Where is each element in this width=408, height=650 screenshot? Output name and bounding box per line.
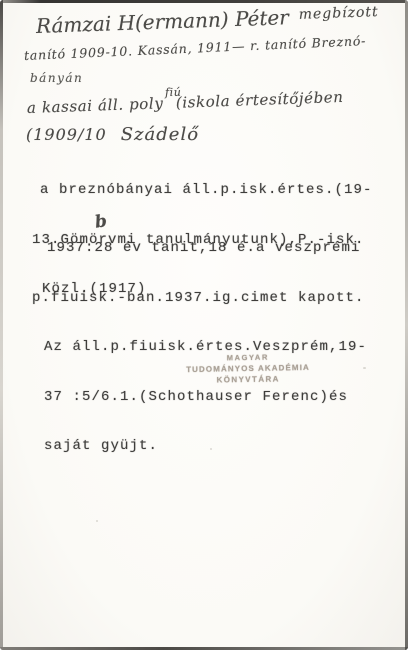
paper-speck [96, 520, 98, 522]
paper-speck [210, 448, 212, 450]
name-annotation: megbízott [298, 4, 379, 23]
scanned-card: Rámzai H(ermann) Pétermegbízott tanító 1… [0, 0, 408, 650]
handwritten-source-line: a kassai áll. polyfiú(iskola értesítőjéb… [27, 88, 344, 117]
library-stamp: MAGYAR TUDOMÁNYOS AKADÉMIA KÖNYVTÁRA [158, 350, 339, 386]
inserted-word: fiú [165, 86, 182, 100]
handwritten-career-line-cont: bányán [30, 71, 83, 85]
handwritten-career-line: tanító 1909-10. Kassán, 1911— r. tanító … [24, 33, 367, 63]
handwritten-work-line: (1909/10Szádelő [26, 124, 199, 145]
handwritten-correction-mark: b [94, 211, 109, 232]
scan-edge-left [0, 0, 3, 650]
work-title: Szádelő [121, 124, 199, 145]
typewritten-line: saját gyüjt. [32, 438, 367, 455]
typewritten-line: 37 :5/6.1.(Schothauser Ferenc)és [32, 389, 367, 406]
typewritten-line: a breznóbányai áll.p.isk.értes.(19- [32, 182, 373, 199]
paper-speck [363, 367, 366, 369]
typewritten-block-2: 1937:28 év tanit,18 é.a veszprémi p.fiui… [32, 207, 367, 488]
typewritten-line: 1937:28 év tanit,18 é.a veszprémi [32, 240, 367, 257]
handwritten-name-line: Rámzai H(ermann) Pétermegbízott [36, 2, 380, 38]
person-name: Rámzai H(ermann) Péter [36, 5, 290, 38]
typewritten-line: p.fiuisk.-ban.1937.ig.cimet kapott. [32, 290, 367, 307]
